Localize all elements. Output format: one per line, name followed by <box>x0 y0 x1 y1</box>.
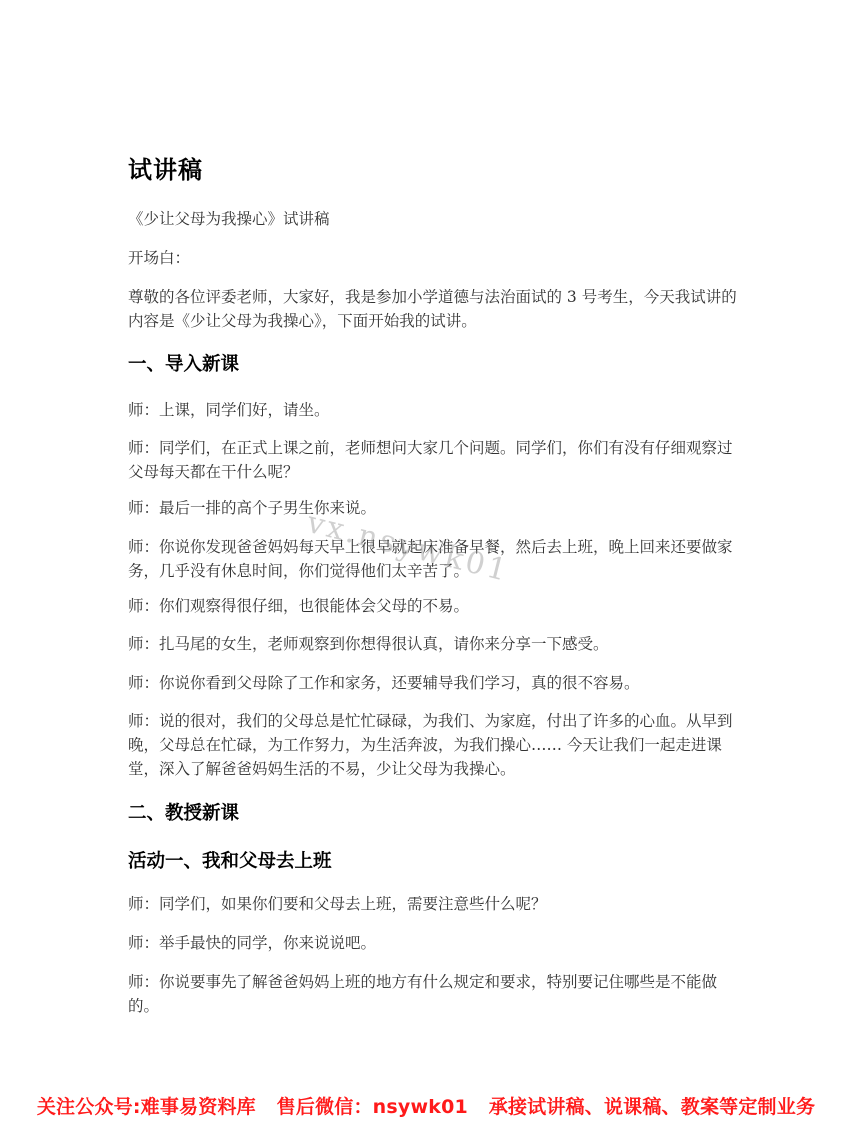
paragraph: 师：扎马尾的女生，老师观察到你想得很认真，请你来分享一下感受。 <box>128 632 743 656</box>
footer-wechat: 售后微信：nsywk01 <box>277 1096 468 1118</box>
section-heading-intro: 一、导入新课 <box>128 350 239 376</box>
section-heading-teaching: 二、教授新课 <box>128 799 239 825</box>
activity-heading: 活动一、我和父母去上班 <box>128 847 332 873</box>
document-subtitle: 《少让父母为我操心》试讲稿 <box>128 207 743 231</box>
opening-paragraph: 尊敬的各位评委老师，大家好，我是参加小学道德与法治面试的 3 号考生，今天我试讲… <box>128 285 743 333</box>
footer-banner: 关注公众号:难事易资料库 售后微信：nsywk01 承接试讲稿、说课稿、教案等定… <box>0 1092 866 1119</box>
paragraph: 师：说的很对，我们的父母总是忙忙碌碌，为我们、为家庭，付出了许多的心血。从早到晚… <box>128 709 743 781</box>
paragraph: 师：同学们，在正式上课之前，老师想问大家几个问题。同学们，你们有没有仔细观察过父… <box>128 436 743 484</box>
paragraph: 师：上课，同学们好，请坐。 <box>128 398 743 422</box>
footer-account: 关注公众号:难事易资料库 <box>37 1096 256 1118</box>
paragraph: 师：最后一排的高个子男生你来说。 <box>128 496 743 520</box>
document-title: 试讲稿 <box>128 150 203 185</box>
paragraph: 师：你们观察得很仔细，也很能体会父母的不易。 <box>128 594 743 618</box>
paragraph: 师：你说要事先了解爸爸妈妈上班的地方有什么规定和要求，特别要记住哪些是不能做的。 <box>128 970 743 1018</box>
opening-label: 开场白： <box>128 246 743 270</box>
paragraph: 师：举手最快的同学，你来说说吧。 <box>128 931 743 955</box>
paragraph: 师：同学们，如果你们要和父母去上班，需要注意些什么呢？ <box>128 892 743 916</box>
paragraph: 师：你说你发现爸爸妈妈每天早上很早就起床准备早餐，然后去上班，晚上回来还要做家务… <box>128 535 743 583</box>
paragraph: 师：你说你看到父母除了工作和家务，还要辅导我们学习，真的很不容易。 <box>128 671 743 695</box>
footer-services: 承接试讲稿、说课稿、教案等定制业务 <box>489 1096 815 1118</box>
